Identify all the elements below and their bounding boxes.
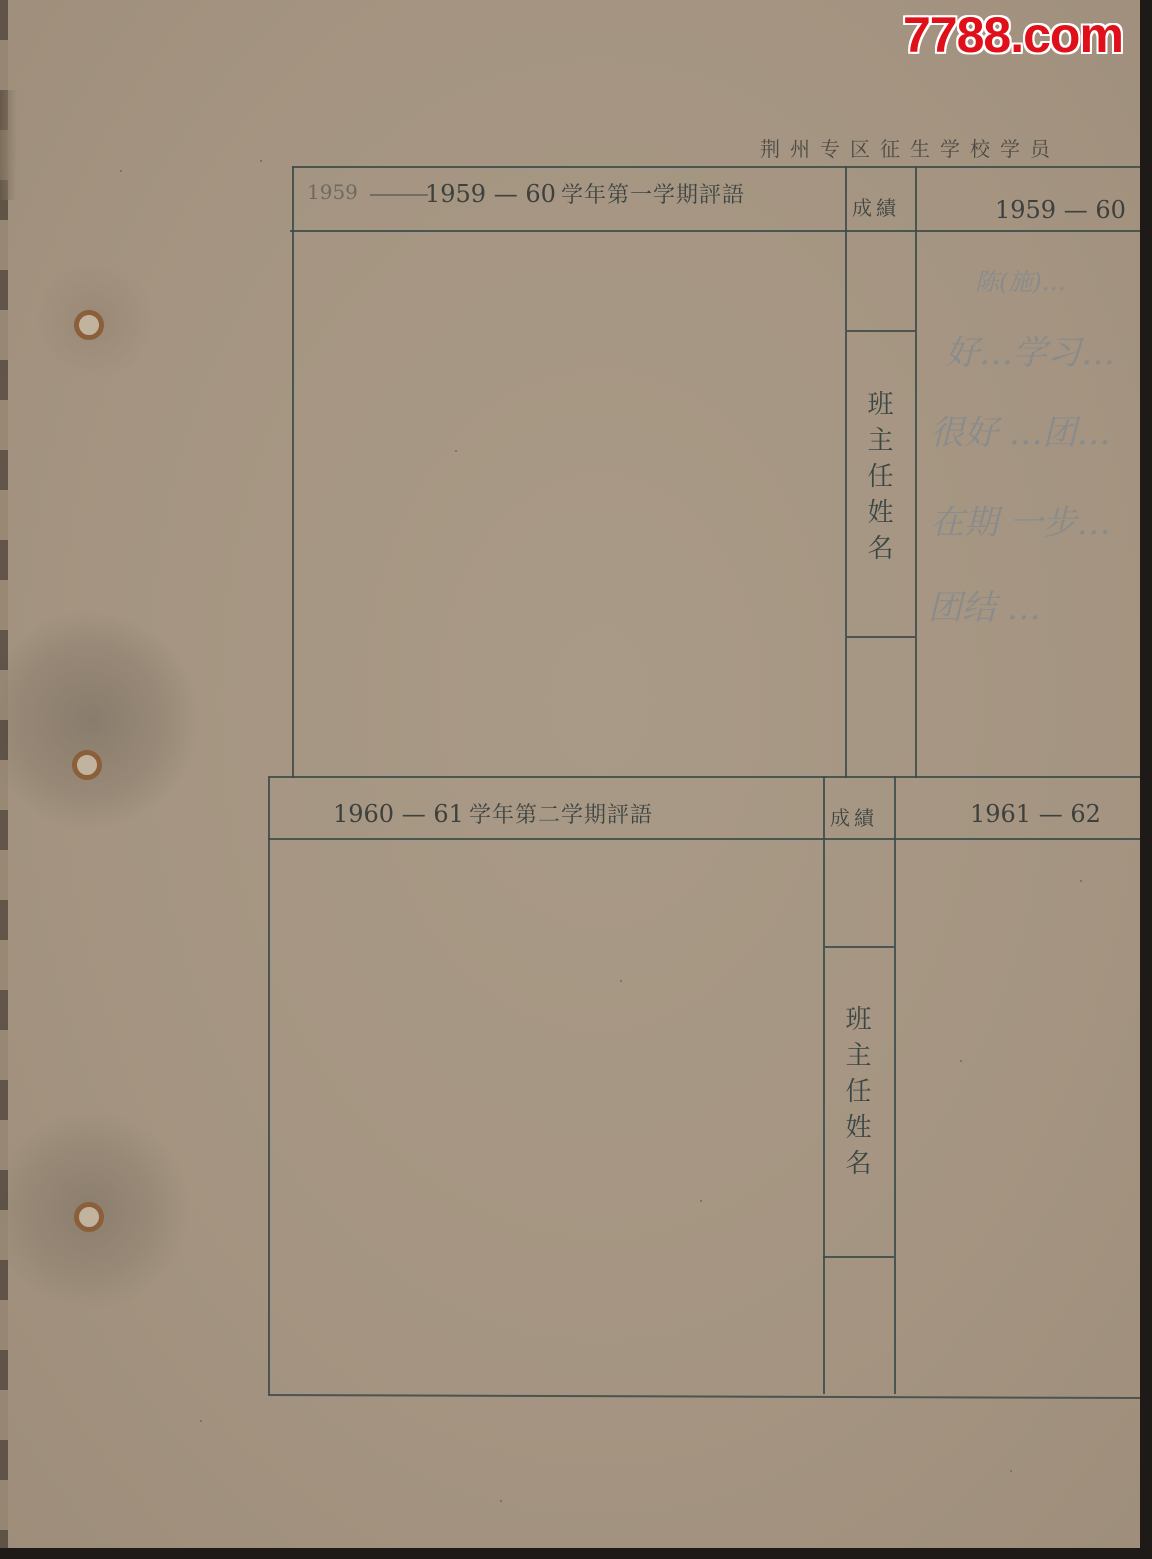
crossed-out-year: 1959 (307, 180, 358, 204)
rule-col-grade-left-2 (823, 776, 825, 1394)
rule-left-1 (292, 166, 294, 778)
rule-col-grade-right-1 (915, 166, 917, 778)
rule-teacher-top-2 (825, 946, 894, 948)
rule-header-bottom-1 (290, 230, 1140, 232)
punch-hole-top (74, 310, 104, 340)
rule-teacher-top-1 (847, 330, 915, 332)
torn-edge (0, 90, 28, 200)
scan-edge-bottom (0, 1548, 1152, 1559)
semester-1-year: 1959 — 60 (425, 180, 556, 208)
site-watermark: 7788.com (903, 6, 1123, 64)
punch-hole-middle (72, 750, 102, 780)
rule-teacher-bottom-2 (823, 1256, 894, 1258)
teacher-name-label-1: 班主任姓名 (860, 390, 897, 570)
scan-edge-right (1140, 0, 1152, 1559)
right-year-2: 1961 — 62 (970, 800, 1101, 828)
pencil-note-line-5: 团结 … (928, 580, 1041, 629)
pencil-note-line-3: 很好 …团… (930, 405, 1111, 454)
grade-label-1: 成績 (852, 192, 900, 221)
paper-sheet (0, 0, 1140, 1548)
rule-top (292, 166, 1140, 168)
rule-header-top-2 (270, 776, 1140, 778)
pencil-note-line-4: 在期 一步… (930, 495, 1111, 544)
rule-col-grade-left-1 (845, 166, 847, 778)
binding-edge (0, 0, 8, 1548)
rule-teacher-bottom-1 (847, 636, 915, 638)
punch-hole-bottom (74, 1202, 104, 1232)
semester-2-year: 1960 — 61 (333, 800, 464, 828)
right-year-1: 1959 — 60 (995, 196, 1126, 224)
rule-left-2 (268, 776, 270, 1394)
grade-label-2: 成績 (830, 802, 878, 831)
semester-2-title: 1960 — 61 学年第二学期評語 (333, 798, 653, 829)
rule-col-grade-right-2 (894, 776, 896, 1394)
strike-dash (370, 194, 428, 196)
pencil-note-line-1: 陈(施)… (975, 262, 1066, 297)
pencil-note-line-2: 好…学习… (945, 325, 1115, 374)
semester-1-title: 1959 — 60 学年第一学期評語 (425, 178, 745, 209)
document-header-title: 荆州专区征生学校学员 (760, 133, 1060, 162)
rule-header-bottom-2 (268, 838, 1140, 840)
semester-2-text: 学年第二学期評語 (469, 803, 653, 828)
teacher-name-label-2: 班主任姓名 (838, 1005, 875, 1185)
semester-1-text: 学年第一学期評語 (561, 183, 745, 208)
